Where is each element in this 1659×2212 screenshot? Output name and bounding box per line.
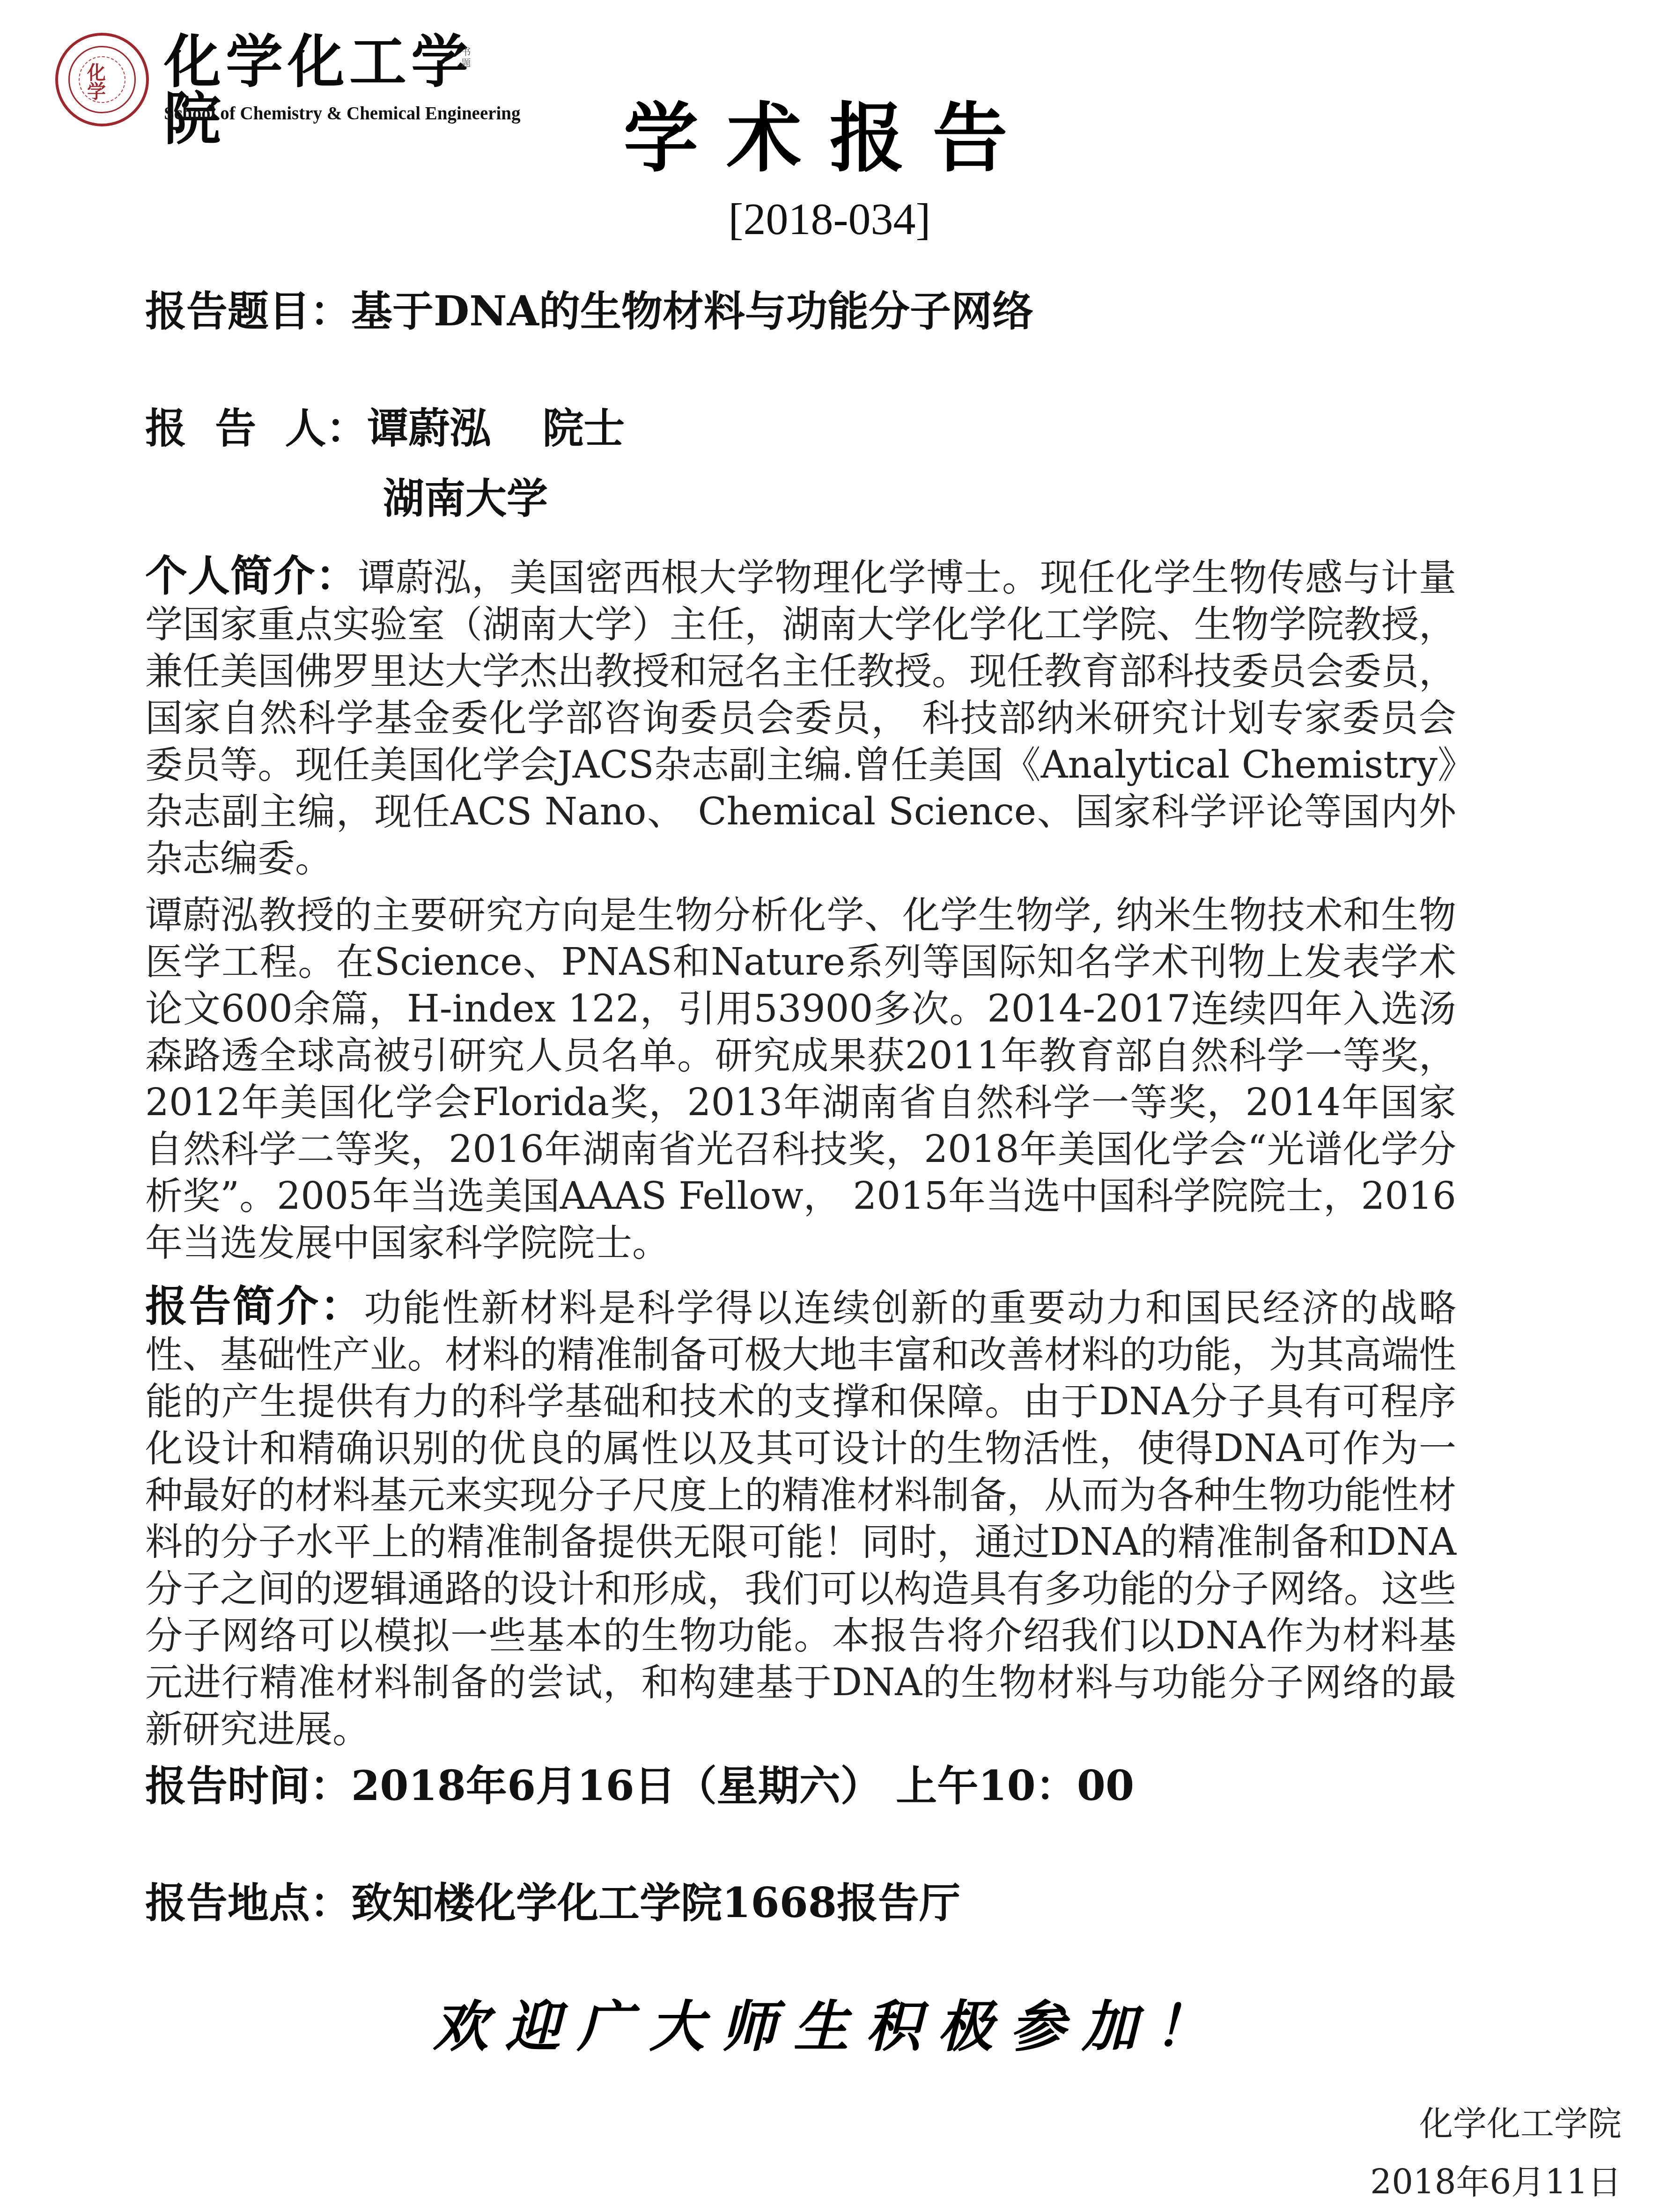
time-label: 报告时间：	[145, 1761, 351, 1810]
topic-value: 基于DNA的生物材料与功能分子网络	[351, 287, 1033, 335]
research-text: 谭蔚泓教授的主要研究方向是生物分析化学、化学生物学, 纳米生物技术和生物医学工程…	[145, 893, 1456, 1264]
time-value: 2018年6月16日（星期六） 上午10：00	[351, 1761, 1134, 1810]
speaker-label: 报 告 人：	[145, 404, 368, 452]
logo-calligraphy-signature: 书题	[459, 47, 472, 69]
document-number: [2018-034]	[0, 197, 1659, 242]
seal-core-text: 化学	[87, 65, 123, 100]
report-time: 报告时间：2018年6月16日（星期六） 上午10：00	[145, 1765, 1134, 1806]
report-topic: 报告题目：基于DNA的生物材料与功能分子网络	[145, 290, 1033, 331]
abstract-label: 报告简介：	[145, 1281, 364, 1331]
speaker-title: 院士	[543, 404, 625, 452]
speaker-bio: 个人简介：谭蔚泓，美国密西根大学物理化学博士。现任化学生物传感与计量学国家重点实…	[145, 552, 1456, 882]
issue-date: 2018年6月11日	[1370, 2165, 1622, 2199]
welcome-message: 欢迎广大师生积极参加！	[0, 1999, 1659, 2054]
report-location: 报告地点：致知楼化学化工学院1668报告厅	[145, 1882, 960, 1923]
report-abstract: 报告简介：功能性新材料是科学得以连续创新的重要动力和国民经济的战略性、基础性产业…	[145, 1283, 1456, 1753]
abstract-text: 功能性新材料是科学得以连续创新的重要动力和国民经济的战略性、基础性产业。材料的精…	[145, 1286, 1456, 1751]
report-speaker: 报 告 人：谭蔚泓院士	[145, 407, 625, 448]
speaker-name: 谭蔚泓	[368, 404, 491, 452]
speaker-affiliation: 湖南大学	[383, 478, 548, 519]
organizer-signature: 化学化工学院	[1419, 2107, 1622, 2140]
research-summary: 谭蔚泓教授的主要研究方向是生物分析化学、化学生物学, 纳米生物技术和生物医学工程…	[145, 892, 1456, 1266]
page-title: 学术报告	[0, 101, 1659, 176]
topic-label: 报告题目：	[145, 287, 351, 335]
place-value: 致知楼化学化工学院1668报告厅	[351, 1878, 960, 1927]
bio-label: 个人简介：	[145, 551, 358, 601]
bio-text: 谭蔚泓，美国密西根大学物理化学博士。现任化学生物传感与计量学国家重点实验室（湖南…	[145, 556, 1456, 880]
place-label: 报告地点：	[145, 1878, 351, 1927]
